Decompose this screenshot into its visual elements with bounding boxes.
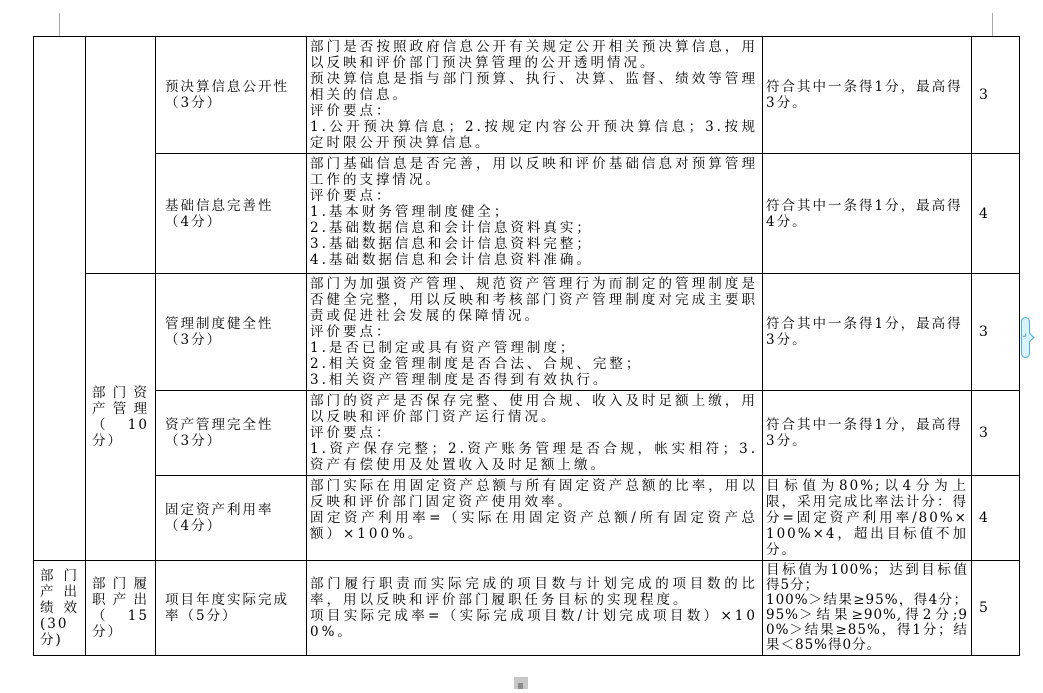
indicator-name-cell[interactable]: 管理制度健全性 （3分） — [156, 274, 307, 391]
text-boundary-mark-left — [59, 13, 60, 36]
indicator-name-cell[interactable]: 资产管理完全性 （3分） — [156, 391, 307, 476]
indicator-description-cell[interactable]: 部门基础信息是否完善，用以反映和评价基础信息对预算管理工作的支撑情况。 评价要点… — [307, 154, 763, 274]
scoring-criteria-cell[interactable]: 符合其中一条得1分，最高得 3分。 — [763, 274, 972, 391]
scoring-criteria-cell[interactable]: 符合其中一条得1分，最高得 3分。 — [763, 37, 972, 154]
level1-indicator-cell[interactable] — [34, 37, 86, 561]
table-row: 部门产出绩效(30分) 部门履职产出（15分） 项目年度实际完成 率（5分） 部… — [34, 561, 1020, 656]
table-row: 固定资产利用率 （4分） 部门实际在用固定资产总额与所有固定资产总额的比率，用以… — [34, 476, 1020, 561]
indicator-description-cell[interactable]: 部门实际在用固定资产总额与所有固定资产总额的比率，用以反映和评价部门固定资产使用… — [307, 476, 763, 561]
table-row: 部门资产管理（10分） 管理制度健全性 （3分） 部门为加强资产管理、规范资产管… — [34, 274, 1020, 391]
scoring-criteria-cell[interactable]: 目标值为100%；达到目标值得5分； 100%＞结果≥95%，得4分；95%＞结… — [763, 561, 972, 656]
score-cell[interactable]: 5 — [972, 561, 1020, 656]
level2-indicator-cell[interactable]: 部门资产管理（10分） — [86, 274, 156, 561]
scoring-criteria-cell[interactable]: 目标值为80%;以4分为上限，采用完成比率法计分：得分=固定资产利用率/80%×… — [763, 476, 972, 561]
indicator-name-cell[interactable]: 基础信息完善性 （4分） — [156, 154, 307, 274]
score-cell[interactable]: 4 — [972, 154, 1020, 274]
scoring-criteria-cell[interactable]: 符合其中一条得1分，最高得 4分。 — [763, 154, 972, 274]
indicator-description-cell[interactable]: 部门履行职责而实际完成的项目数与计划完成的项目数的比率，用以反映和评价部门履职任… — [307, 561, 763, 656]
text-boundary-mark-right — [992, 13, 993, 36]
indicator-name-cell[interactable]: 项目年度实际完成 率（5分） — [156, 561, 307, 656]
scoring-criteria-cell[interactable]: 符合其中一条得1分，最高得 3分。 — [763, 391, 972, 476]
score-cell[interactable]: 3 — [972, 274, 1020, 391]
table-row: 预决算信息公开性 （3分） 部门是否按照政府信息公开有关规定公开相关预决算信息，… — [34, 37, 1020, 154]
indicator-description-cell[interactable]: 部门的资产是否保存完整、使用合规、收入及时足额上缴，用以反映和评价部门资产运行情… — [307, 391, 763, 476]
performance-indicator-table: 预决算信息公开性 （3分） 部门是否按照政府信息公开有关规定公开相关预决算信息，… — [33, 36, 1020, 656]
score-cell[interactable]: 3 — [972, 37, 1020, 154]
indicator-name-cell[interactable]: 预决算信息公开性 （3分） — [156, 37, 307, 154]
table-row: 资产管理完全性 （3分） 部门的资产是否保存完整、使用合规、收入及时足额上缴，用… — [34, 391, 1020, 476]
indicator-description-cell[interactable]: 部门为加强资产管理、规范资产管理行为而制定的管理制度是否健全完整，用以反映和考核… — [307, 274, 763, 391]
level2-indicator-cell[interactable] — [86, 37, 156, 274]
resize-handle-grip — [518, 683, 523, 689]
score-cell[interactable]: 3 — [972, 391, 1020, 476]
indicator-name-cell[interactable]: 固定资产利用率 （4分） — [156, 476, 307, 561]
level1-indicator-cell[interactable]: 部门产出绩效(30分) — [34, 561, 86, 656]
sidebar-expand-button[interactable]: + — [1021, 317, 1030, 358]
score-cell[interactable]: 4 — [972, 476, 1020, 561]
level2-indicator-cell[interactable]: 部门履职产出（15分） — [86, 561, 156, 656]
indicator-description-cell[interactable]: 部门是否按照政府信息公开有关规定公开相关预决算信息，用以反映和评价部门预决算管理… — [307, 37, 763, 154]
resize-handle[interactable] — [514, 677, 528, 689]
table-row: 基础信息完善性 （4分） 部门基础信息是否完善，用以反映和评价基础信息对预算管理… — [34, 154, 1020, 274]
